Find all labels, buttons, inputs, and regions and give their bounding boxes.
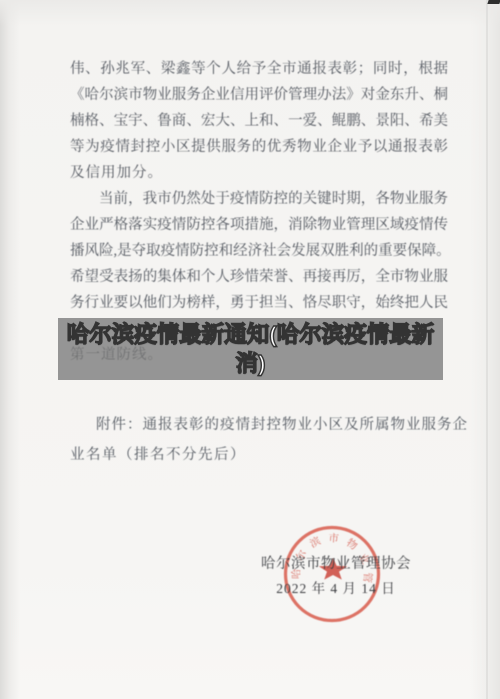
overlay-title-line2: 消) — [236, 349, 266, 378]
document-text-line: 务行业要以他们为榜样，勇于担当、恪尽职守，始终把人民 — [70, 290, 448, 316]
document-text-line: 企业严格落实疫情防控各项措施，消除物业管理区域疫情传 — [70, 212, 448, 238]
document-text-line: 及信用加分。 — [70, 160, 448, 186]
document-text-line: 楠格、宝宇、鲁商、宏大、上和、一爱、鲲鹏、景阳、希美 — [70, 108, 448, 134]
document-text-line: 《哈尔滨市物业服务企业信用评价管理办法》对金东升、桐 — [70, 82, 448, 108]
attachment-section: 附件：通报表彰的疫情封控物业小区及所属物业服务企 业名单（排名不分先后） — [70, 410, 448, 470]
overlay-title-line1: 哈尔滨疫情最新通知(哈尔滨疫情最新 — [67, 320, 435, 349]
corner-mark — [487, 0, 500, 4]
attachment-line: 业名单（排名不分先后） — [70, 440, 448, 470]
document-text-line: 希望受表扬的集体和个人珍惜荣誉、再接再厉，全市物业服 — [70, 264, 448, 290]
attachment-line: 附件：通报表彰的疫情封控物业小区及所属物业服务企 — [70, 410, 448, 440]
signature-block: 哈尔滨市物业管理协会 2022 年 4 月 14 日 — [222, 555, 450, 598]
overlay-title-banner: 哈尔滨疫情最新通知(哈尔滨疫情最新 消) — [58, 318, 443, 380]
document-text-line: 等为疫情封控小区提供服务的优秀物业企业予以通报表彰 — [70, 134, 448, 160]
document-text-line: 伟、孙兆军、梁鑫等个人给予全市通报表彰；同时，根据 — [70, 56, 448, 82]
document-photo: 伟、孙兆军、梁鑫等个人给予全市通报表彰；同时，根据 《哈尔滨市物业服务企业信用评… — [0, 0, 500, 699]
document-text-line: 播风险,是夺取疫情防控和经济社会发展双胜利的重要保障。 — [70, 238, 448, 264]
page-edge-line — [486, 0, 488, 699]
signature-date: 2022 年 4 月 14 日 — [222, 580, 450, 598]
document-text-line: 当前，我市仍然处于疫情防控的关键时期，各物业服务 — [70, 186, 448, 212]
signature-org-name: 哈尔滨市物业管理协会 — [222, 555, 450, 573]
